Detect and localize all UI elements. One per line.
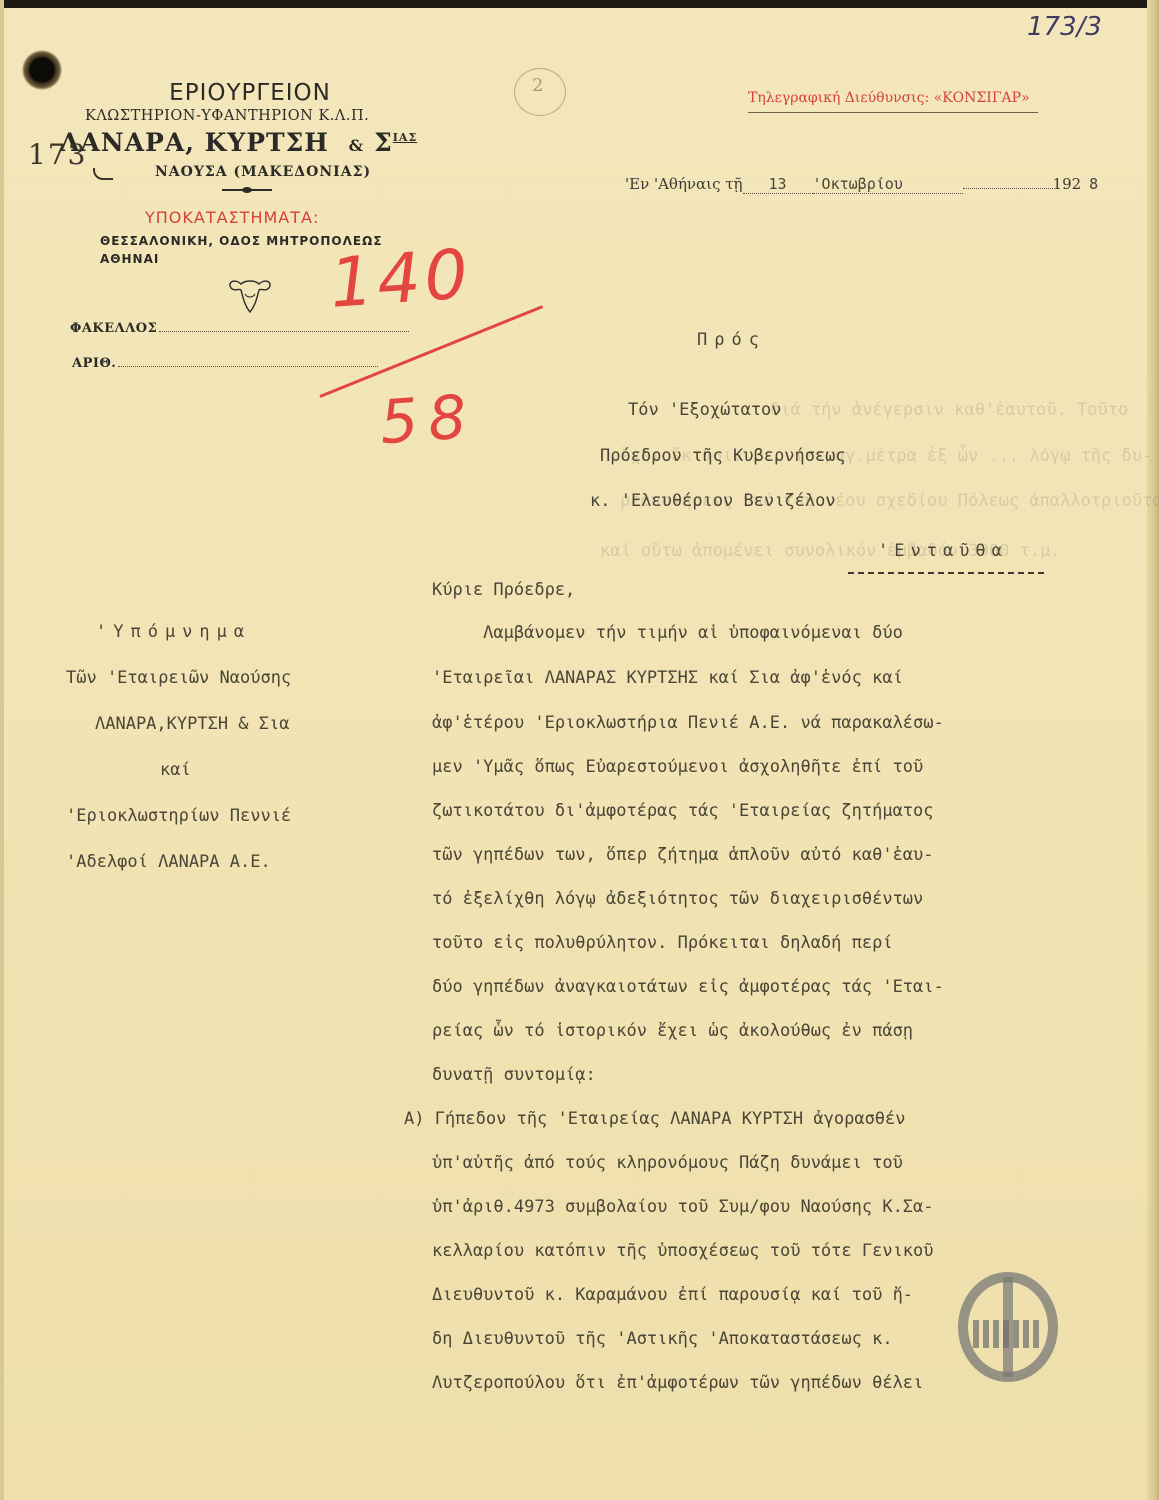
number-field: ΑΡΙΘ. — [72, 356, 378, 371]
archive-tick-mark — [93, 168, 113, 180]
dateline-year-digit: 8 — [1089, 175, 1098, 193]
branches-label: ΥΠΟΚΑΤΑΣΤΗΜΑΤΑ: — [145, 208, 319, 227]
dateline: 'Εν 'Αθήναις τῇ 13 'Οκτωβρίου 192 8 — [625, 175, 1098, 194]
letterhead-title: ΕΡΙΟΥΡΓΕΙΟΝ — [160, 80, 340, 106]
memo-heading-line: Τῶν 'Εταιρειῶν Ναούσης — [66, 668, 291, 688]
body-line: Λυτζεροπούλου ὅτι ἐπ'ἀμφοτέρων τῶν γηπέδ… — [432, 1373, 923, 1393]
memo-heading-line: ΛΑΝΑΡΑ,ΚΥΡΤΣΗ & Σια — [95, 714, 289, 734]
page-right-edge — [1147, 0, 1159, 1500]
body-line: μεν 'Υμᾶς ὅπως Εὐαρεστούμενοι ἀσχοληθῆτε… — [432, 757, 923, 777]
ornament-divider-icon — [222, 188, 272, 192]
scan-top-edge — [0, 0, 1159, 8]
punch-hole-icon — [22, 50, 62, 90]
bleed-line: διά τήν ἀνέγερσιν καθ'ἑαυτοῦ. Τοῦτο — [770, 400, 1128, 420]
body-line: ὑπ'αὐτῆς ἀπό τούς κληρονόμους Πάζη δυνάμ… — [432, 1153, 903, 1173]
body-line: τοῦτο εἰς πολυθρύλητον. Πρόκειται δηλαδή… — [432, 933, 893, 953]
letterhead-company: ΛΑΝΑΡΑ, ΚΥΡΤΣΗ &ΣΙΑΣ — [60, 128, 417, 157]
memo-heading-line: 'Αδελφοί ΛΑΝΑΡΑ Α.Ε. — [66, 852, 271, 872]
company-suffix: Σ — [374, 128, 393, 157]
addressee-entautha: 'Ενταῦθα — [878, 541, 1008, 561]
addressee-pros: Πρός — [697, 330, 766, 350]
telegraph-address: Τηλεγραφική Διεύθυνσις: «ΚΟΝΣΙΓΑΡ» — [748, 90, 1038, 113]
archive-stamp-icon — [958, 1272, 1066, 1390]
body-line: δυνατῇ συντομίᾳ: — [432, 1065, 596, 1085]
dateline-month: 'Οκτωβρίου — [813, 175, 963, 194]
dateline-prefix: 'Εν 'Αθήναις τῇ — [625, 175, 743, 193]
dateline-year-prefix: 192 — [1053, 175, 1082, 193]
document-page: διά τήν ἀνέγερσιν καθ'ἑαυτοῦ. Τοῦτο ἔχει… — [0, 0, 1159, 1500]
folder-label: ΦΑΚΕΛΛΟΣ — [70, 321, 157, 336]
memo-heading-line: καί — [160, 760, 191, 780]
dateline-fill — [963, 188, 1053, 189]
body-line: Διευθυντοῦ κ. Καραμάνου ἐπί παρουσίᾳ καί… — [432, 1285, 913, 1305]
folder-field: ΦΑΚΕΛΛΟΣ — [70, 321, 409, 336]
number-dotted-line — [118, 365, 378, 367]
body-line: ρείας ὧν τό ἱστορικόν ἔχει ὡς ἀκολούθως … — [432, 1021, 913, 1041]
company-suffix-sup: ΙΑΣ — [393, 131, 417, 144]
branch-athens: ΑΘΗΝΑΙ — [100, 252, 159, 266]
body-line: Λαμβάνομεν τήν τιμήν αἱ ὑποφαινόμεναι δύ… — [432, 623, 903, 643]
scan-left-edge — [0, 0, 4, 1500]
memo-heading-line: 'Εριοκλωστηρίων Πεννιέ — [66, 806, 291, 826]
body-line: δύο γηπέδων ἀναγκαιοτάτων εἰς ἀμφοτέρας … — [432, 977, 944, 997]
body-line: ἀφ'ἑτέρου 'Εριοκλωστήρια Πενιέ Α.Ε. νά π… — [432, 713, 944, 733]
circled-page-mark: 2 — [514, 68, 566, 116]
archive-page-number: 173 — [28, 138, 87, 171]
ram-head-emblem-icon — [225, 276, 275, 316]
addressee-line: Τόν 'Εξοχώτατον — [628, 400, 782, 420]
memo-title: 'Υπόμνημα — [96, 622, 251, 642]
body-line: τό ἐξελίχθη λόγῳ ἀδεξιότητος τῶν διαχειρ… — [432, 889, 923, 909]
stamp-letters — [973, 1320, 1043, 1348]
company-ampersand: & — [349, 136, 364, 155]
dateline-day: 13 — [743, 175, 813, 194]
folder-dotted-line — [159, 330, 409, 332]
red-annotation-bottom: 58 — [378, 382, 479, 459]
addressee-line: Πρόεδρον τῆς Κυβερνήσεως — [600, 446, 846, 466]
salutation: Κύριε Πρόεδρε, — [432, 580, 575, 600]
number-label: ΑΡΙΘ. — [72, 356, 116, 371]
body-line: κελλαρίου κατόπιν τῆς ὑποσχέσεως τοῦ τότ… — [432, 1241, 934, 1261]
handwritten-reference: 173/3 — [1027, 12, 1102, 42]
circled-number: 2 — [532, 75, 543, 96]
company-name: ΛΑΝΑΡΑ, ΚΥΡΤΣΗ — [60, 128, 329, 157]
addressee-line: κ. 'Ελευθέριον Βενιζέλον — [590, 491, 836, 511]
body-line: ζωτικοτάτου δι'ἀμφοτέρας τάς 'Εταιρείας … — [432, 801, 934, 821]
body-line: δη Διευθυντοῦ τῆς 'Αστικῆς 'Αποκαταστάσε… — [432, 1329, 893, 1349]
body-line: Α) Γήπεδον τῆς 'Εταιρείας ΛΑΝΑΡΑ ΚΥΡΤΣΗ … — [404, 1109, 906, 1129]
red-annotation-top: 140 — [327, 235, 474, 324]
letterhead-subtitle: ΚΛΩΣΤΗΡΙΟΝ-ΥΦΑΝΤΗΡΙΟΝ Κ.Λ.Π. — [85, 108, 369, 124]
body-line: ὑπ'ἀριθ.4973 συμβολαίου τοῦ Συμ/φου Ναού… — [432, 1197, 934, 1217]
letterhead-city: ΝΑΟΥΣΑ (ΜΑΚΕΔΟΝΙΑΣ) — [155, 164, 371, 180]
body-line: τῶν γηπέδων των, ὅπερ ζήτημα ἁπλοῦν αὐτό… — [432, 845, 934, 865]
body-line: 'Εταιρεῖαι ΛΑΝΑΡΑΣ ΚΥΡΤΣΗΣ καί Σια ἀφ'ἑν… — [432, 668, 903, 688]
addressee-dashed-rule — [848, 572, 1044, 574]
